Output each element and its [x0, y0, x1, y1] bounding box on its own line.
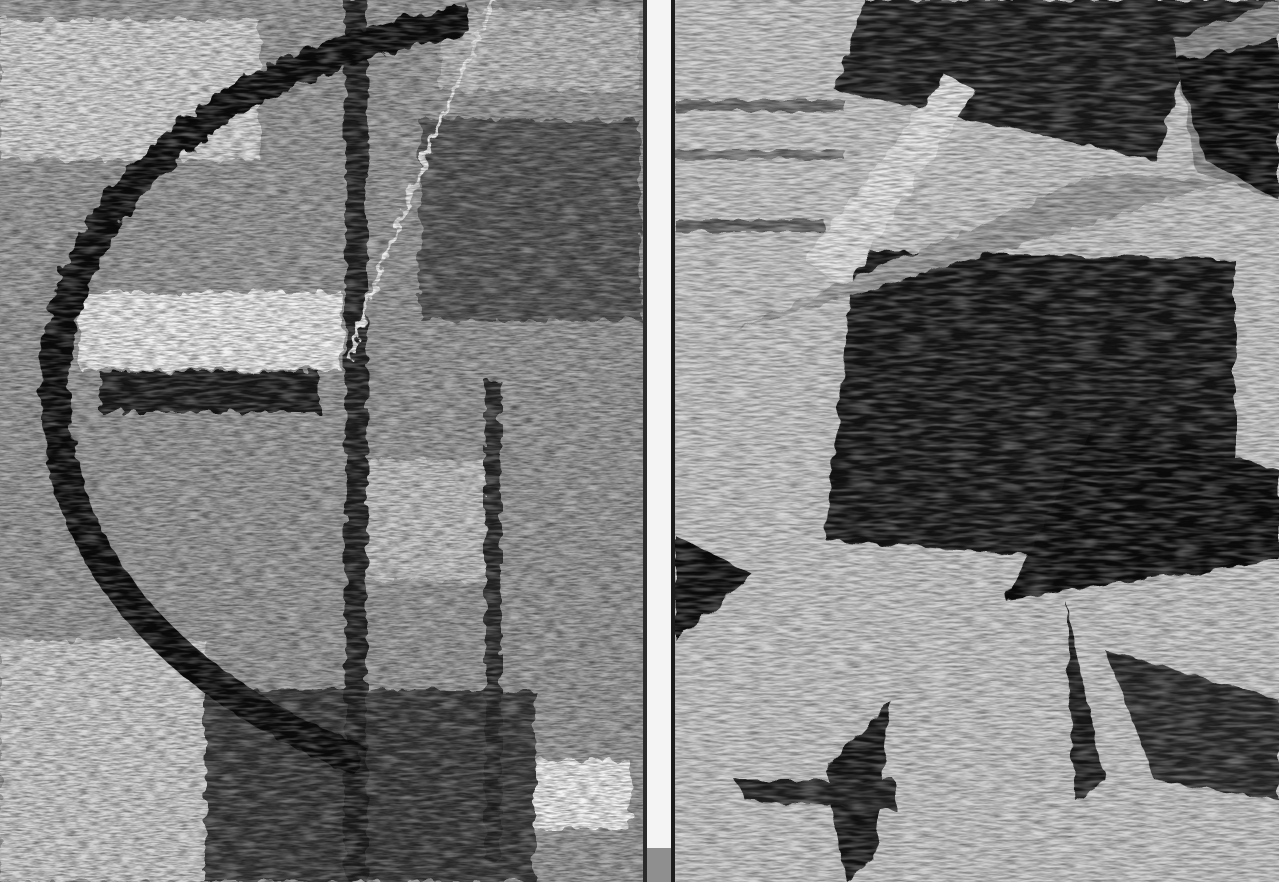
- right-painting-panel: [675, 0, 1279, 882]
- left-painting-artwork: [0, 0, 643, 882]
- left-painting-panel: [0, 0, 643, 882]
- right-painting-artwork: [675, 0, 1279, 882]
- divider-edge-left: [643, 0, 647, 882]
- divider-gray-block: [647, 848, 671, 882]
